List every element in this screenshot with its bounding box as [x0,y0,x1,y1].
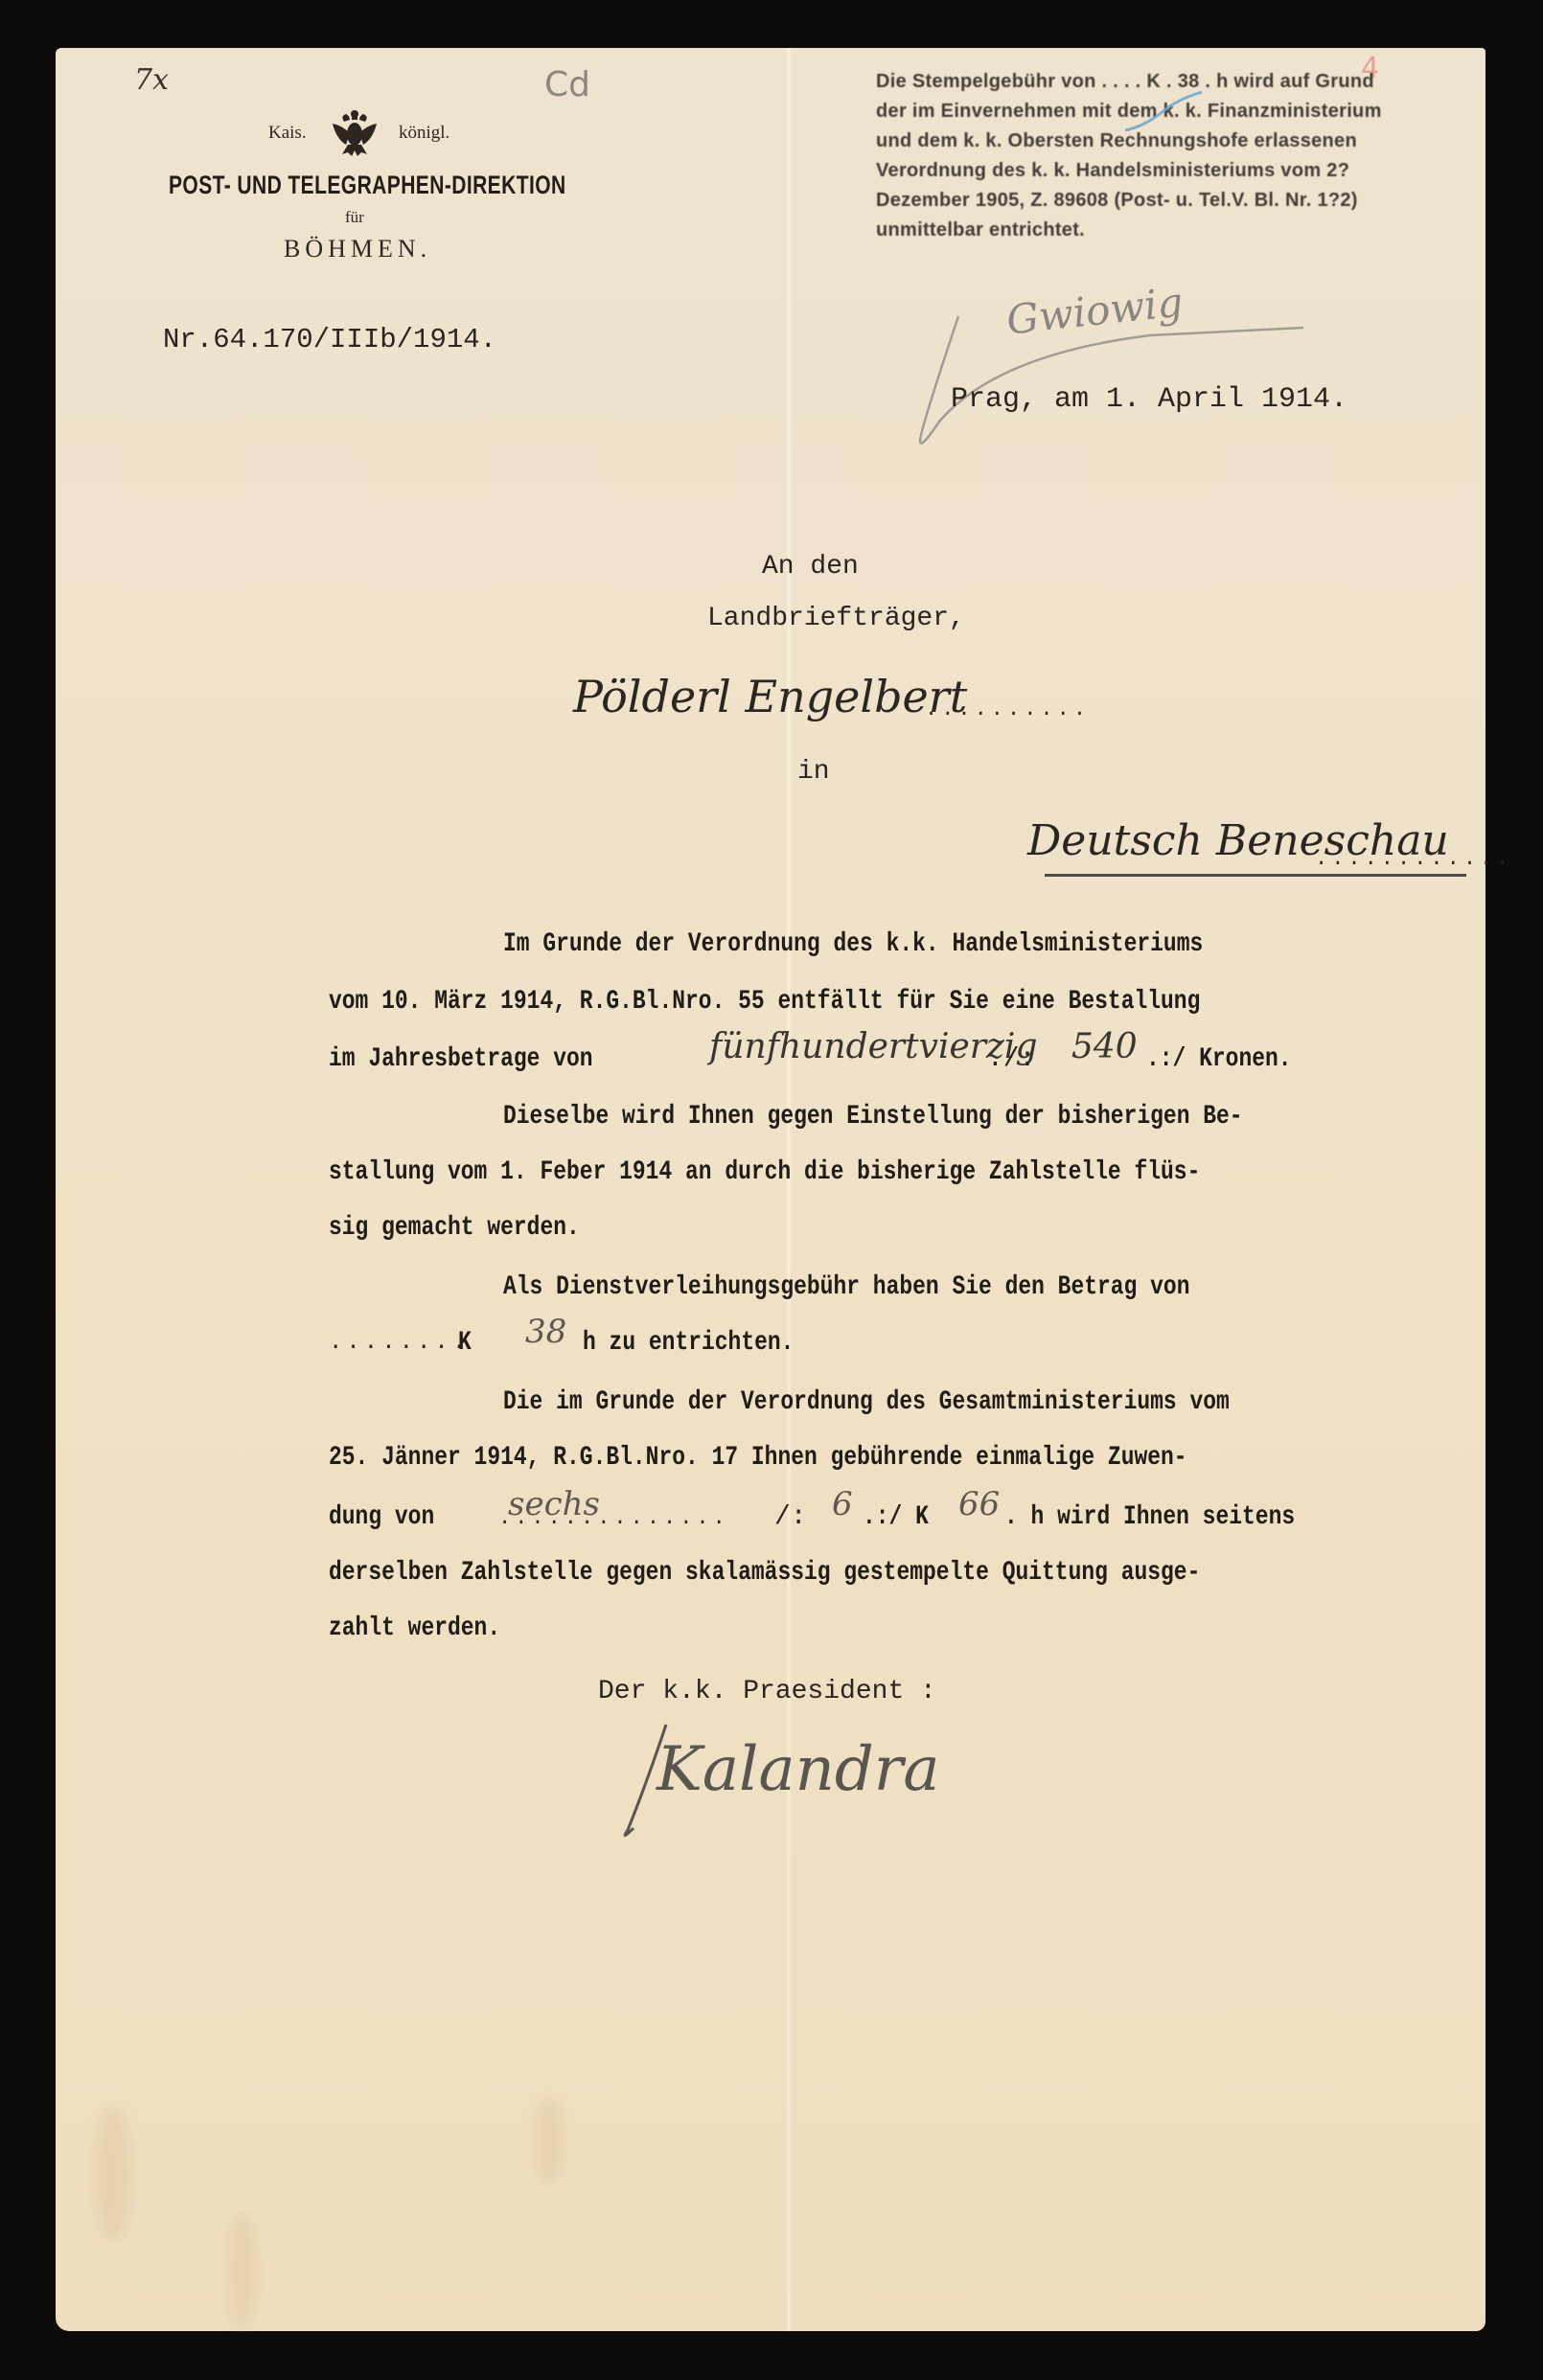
body-line: 25. Jänner 1914, R.G.Bl.Nro. 17 Ihnen ge… [329,1443,1187,1473]
letterhead-title: POST- UND TELEGRAPHEN-DIREKTION [169,171,566,200]
address-line-in: in [797,757,830,787]
body-line: derselben Zahlstelle gegen skalamässig g… [329,1558,1200,1588]
paper-stain [228,2213,257,2328]
letterhead-kais: Kais. [268,123,307,144]
body-line: h zu entrichten. [583,1328,794,1358]
president-signature: Kalandra [656,1734,940,1805]
allowance-k-label: .:/ K [863,1502,929,1532]
fee-kronen-dots: ........ [329,1330,470,1356]
letterhead-region: BÖHMEN. [284,235,431,263]
letterhead-fur: für [345,208,364,227]
stamp-line: unmittelbar entrichtet. [876,216,1382,245]
recipient-name: Pölderl Engelbert [573,671,967,722]
body-line: . h wird Ihnen seitens [1004,1502,1295,1532]
annual-amount-separator: ./: [987,1044,1035,1074]
place-date: Prag, am 1. April 1914. [951,383,1347,416]
body-line: Dieselbe wird Ihnen gegen Einstellung de… [503,1102,1243,1132]
recipient-location-dots: ............ [1315,847,1512,871]
body-line: Im Grunde der Verordnung des k.k. Handel… [503,929,1203,959]
address-line-role: Landbriefträger, [707,604,965,633]
allowance-dots: .............. [498,1506,729,1530]
paper-stain [94,2108,132,2242]
closing-title: Der k.k. Praesident : [598,1677,936,1706]
blue-check-mark [1121,88,1208,136]
body-line: dung von [329,1502,434,1532]
stamp-line: Verordnung des k. k. Handelsministeriums… [876,156,1382,186]
address-line-an-den: An den [762,552,859,582]
double-headed-eagle-icon [331,108,379,158]
allowance-kronen: 6 [832,1485,853,1523]
recipient-name-dots: .......... [925,698,1090,721]
corner-note-top-center: Cd [544,65,590,104]
body-line: .:/ Kronen. [1146,1044,1292,1074]
annual-amount-number: 540 [1071,1027,1138,1066]
allowance-heller: 66 [958,1485,1000,1523]
location-underline [1045,874,1466,877]
stamp-line: Dezember 1905, Z. 89608 (Post- u. Tel.V.… [876,186,1382,216]
body-line: Als Dienstverleihungsgebühr haben Sie de… [503,1272,1189,1302]
fold-line [786,48,792,2331]
allowance-slash: /: [774,1502,807,1532]
body-line: stallung vom 1. Feber 1914 an durch die … [329,1157,1200,1187]
body-line: sig gemacht werden. [329,1213,580,1243]
corner-note-top-left: 7x [134,63,169,97]
reference-number: Nr.64.170/IIIb/1914. [163,324,496,355]
paper-stain [535,2098,564,2185]
body-line: Die im Grunde der Verordnung des Gesamtm… [503,1387,1230,1417]
fee-k-label: K [458,1328,472,1358]
signature-flourish [613,1720,690,1844]
body-line: im Jahresbetrage von [329,1044,593,1074]
fee-heller-amount: 38 [525,1313,566,1351]
body-line: zahlt werden. [329,1613,500,1643]
body-line: vom 10. März 1914, R.G.Bl.Nro. 55 entfäl… [329,987,1200,1017]
letterhead-konigl: königl. [399,123,449,144]
pencil-signature-flourish [901,307,1323,450]
